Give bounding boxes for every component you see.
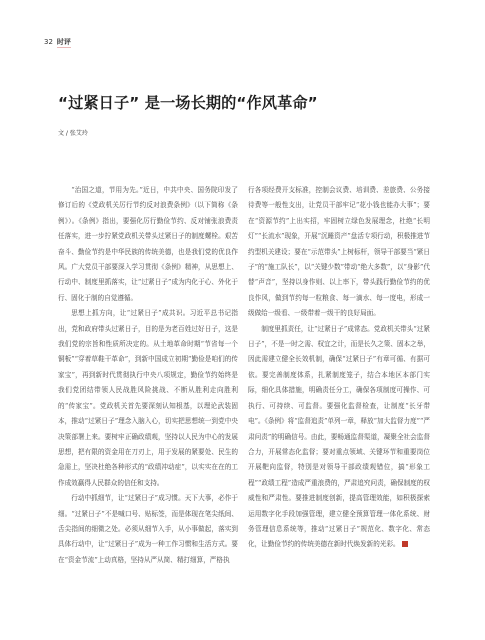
paragraph-text: 制度里抓责任，让“过紧日子”成常态。党政机关带头“过紧日子”，不是一时之需、权宜… [248, 325, 430, 549]
article-title: “过紧日子” 是一场长期的“作风革命” [58, 92, 318, 113]
page-header: 32 时评 [44, 37, 71, 48]
paragraph: 思想上抓方向，让“过紧日子”成共识。习近平总书记指出，党和政府带头过紧日子，目的… [58, 306, 238, 491]
article-byline: 文 / 张艾玲 [58, 128, 88, 137]
section-label: 时评 [57, 37, 71, 48]
end-of-article-icon: ■ [402, 541, 408, 547]
left-column: “治国之道，节用为先。”近日，中共中央、国务院印发了修订后的《党政机关厉行节约反… [58, 183, 238, 568]
paragraph: 行各项经费开支标准，控制会议费、培训费、差旅费、公务接待费等一般性支出，让党员干… [248, 183, 430, 322]
paragraph-last: 制度里抓责任，让“过紧日子”成常态。党政机关带头“过紧日子”，不是一时之需、权宜… [248, 322, 430, 553]
page-number: 32 [44, 38, 53, 46]
right-column: 行各项经费开支标准，控制会议费、培训费、差旅费、公务接待费等一般性支出，让党员干… [248, 183, 430, 553]
paragraph: “治国之道，节用为先。”近日，中共中央、国务院印发了修订后的《党政机关厉行节约反… [58, 183, 238, 306]
paragraph: 行动中抓细节，让“过紧日子”成习惯。天下大事，必作于细。“过紧日子”不是喊口号、… [58, 491, 238, 568]
